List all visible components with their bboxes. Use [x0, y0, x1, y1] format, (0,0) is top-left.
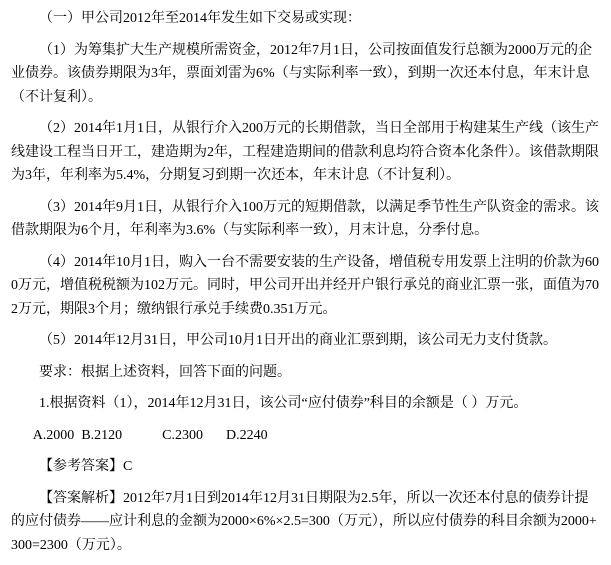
option-c: C.2300 [162, 428, 203, 443]
option-b: B.2120 [81, 428, 122, 443]
transaction-item-2: （2）2014年1月1日，从银行介入200万元的长期借款，当日全部用于构建某生产… [11, 117, 601, 188]
reference-answer-line: 【参考答案】C [11, 455, 601, 479]
transaction-item-1: （1）为筹集扩大生产规模所需资金，2012年7月1日，公司按面值发行总额为200… [11, 39, 601, 110]
option-d: D.2240 [226, 428, 268, 443]
requirement-line: 要求：根据上述资料，回答下面的问题。 [11, 361, 601, 385]
question-text: 1.根据资料（1），2014年12月31日，该公司“应付债券”科目的余额是（ ）… [11, 392, 601, 416]
answer-analysis-line: 【答案解析】2012年7月1日到2014年12月31日期限为2.5年，所以一次还… [11, 487, 601, 558]
intro-paragraph: （一）甲公司2012年至2014年发生如下交易或实现： [11, 7, 601, 31]
option-a: A.2000 [33, 428, 75, 443]
transaction-item-3: （3）2014年9月1日，从银行介入100万元的短期借款，以满足季节性生产队资金… [11, 196, 601, 243]
reference-answer-label: 【参考答案】 [39, 459, 123, 474]
answer-options: A.2000B.2120C.2300D.2240 [11, 424, 601, 448]
transaction-item-4: （4）2014年10月1日，购入一台不需要安装的生产设备，增值税专用发票上注明的… [11, 251, 601, 322]
transaction-item-5: （5）2014年12月31日，甲公司10月1日开出的商业汇票到期，该公司无力支付… [11, 329, 601, 353]
answer-analysis-label: 【答案解析】 [39, 491, 123, 506]
exam-document: （一）甲公司2012年至2014年发生如下交易或实现： （1）为筹集扩大生产规模… [0, 0, 611, 557]
reference-answer-value: C [123, 459, 132, 474]
